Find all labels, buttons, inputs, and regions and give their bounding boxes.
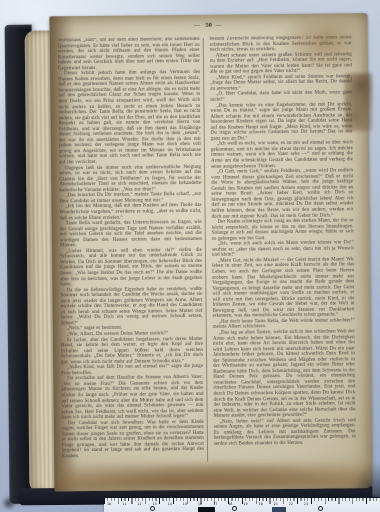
page-number: 50: [205, 22, 212, 29]
paragraph: „Mein Gut, nicht die Muskel — der Geist …: [212, 257, 355, 319]
paragraph: „Lieber Himmel, was soll eben wieder da?…: [60, 248, 202, 288]
paragraph: „Ich, wenn ich auch solch ein Mann werde…: [212, 241, 354, 259]
bottom-left-shadow: [1, 496, 17, 510]
paragraph: Dagegen ließ sie immer noch eine unüberw…: [59, 164, 201, 193]
ruler-registration-circle: [318, 506, 323, 511]
ruler-numbers: 10 11 12 13 14 15 16 17 18 19 20 21 22 2…: [107, 502, 380, 506]
paragraph: „Nein, lieber nein!“ rief Albert und sei…: [214, 418, 356, 447]
paragraph: „Das konnte wäre es eine Engelsstimme, d…: [210, 102, 352, 142]
ruler-scale-bar: 10 11 12 13 14 15 16 17 18 19 20 21 22 2…: [104, 497, 380, 512]
paragraph: Tante Bella ward gedacht, das Unterricht…: [60, 220, 202, 249]
paragraph: „Mein Kind,“ sprach Feldheim und seine S…: [210, 74, 352, 92]
paragraph: Er lachte, aber des Candidaten losgelass…: [61, 336, 203, 365]
paragraph: Da die so liebenswürdige Eigenheit habe …: [60, 286, 202, 326]
ruler-black-segment: [198, 507, 215, 512]
paragraph: Der Candidat war sich bewußten: Was hatt…: [62, 420, 204, 460]
paragraph: „Ich weiß es nicht, wie wann, es ist mir…: [211, 141, 353, 170]
book: — 50 — Wirthshaus „zum“, um auf dem alte…: [0, 0, 380, 512]
column-divider-rule: [203, 38, 208, 462]
header-right-dash: —: [215, 23, 223, 29]
page-number-header: — 50 —: [50, 20, 368, 30]
paragraph: Albert schaute unter seinem großen Schir…: [210, 52, 352, 76]
paragraph: „Das lag an alten Tanten, welche sich in…: [213, 329, 356, 419]
paragraph: „O Gott, mein Gott,“ seufzte Feldheim, „…: [211, 168, 354, 219]
ruler-registration-circle: [232, 506, 237, 511]
paragraph: Da erschallte auf dem Hausflur die Stimm…: [61, 375, 203, 421]
photo-of-open-book: — 50 — Wirthshaus „zum“, um auf dem alte…: [0, 0, 380, 512]
text-column-right: besteht Zuversicht muthwillig eingegosse…: [210, 35, 356, 466]
ruler-blue-segment: [272, 507, 286, 512]
paragraph: Der Knabe schmiegte sich innig an den st…: [212, 218, 354, 242]
paragraph: Wirthshaus „zum“, um auf dem alten Bauer…: [58, 37, 200, 72]
header-left-dash: —: [194, 23, 202, 29]
ruler-registration-circle: [150, 506, 155, 511]
paragraph: besteht Zuversicht muthwillig eingegosse…: [210, 35, 352, 53]
paragraph: Dieser Schritt jedoch hatte ihm anfangs …: [58, 70, 201, 166]
paragraph: „Ich bin der Meinung, daß mit dem Knaben…: [59, 203, 201, 221]
book-page: — 50 — Wirthshaus „zum“, um auf dem alte…: [49, 13, 372, 491]
text-column-left: Wirthshaus „zum“, um auf dem alten Bauer…: [58, 37, 204, 468]
